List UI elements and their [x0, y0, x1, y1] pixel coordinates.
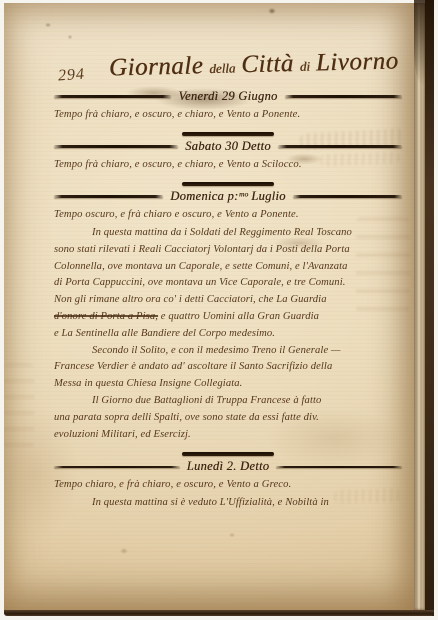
- heading-rule-left: [54, 195, 163, 198]
- manuscript-line: d'onore di Porta a Pisa, e quattro Uomin…: [54, 309, 402, 326]
- line-text: una parata sopra delli Spalti, ove sono …: [54, 412, 319, 423]
- line-text: Il Giorno due Battaglioni di Truppa Fran…: [92, 395, 321, 406]
- manuscript-photo: 294 GiornaledellaCittàdiLivorno Venerdì …: [0, 0, 438, 620]
- title-word: Livorno: [316, 47, 399, 76]
- manuscript-line: e La Sentinella alle Bandiere del Corpo …: [54, 326, 402, 343]
- manuscript-line: Messa in questa Chiesa Insigne Collegiat…: [54, 376, 402, 393]
- line-text: e La Sentinella alle Bandiere del Corpo …: [54, 328, 275, 339]
- entry-date-heading: Sabato 30 Detto: [185, 139, 271, 154]
- entry-date-heading: Lunedì 2. Detto: [187, 459, 270, 474]
- book-cover-edge: [425, 0, 434, 616]
- entry-heading-row: Domenica p:ᵐᵒ Luglio: [54, 189, 402, 204]
- title-word: di: [300, 59, 310, 74]
- journal-entry: Venerdì 29 Giugno Tempo frà chiaro, e os…: [54, 89, 402, 123]
- line-text: Non gli rimane altro ora co' i detti Cac…: [54, 294, 327, 305]
- manuscript-line: Francese Verdier è andato ad' ascoltare …: [54, 359, 402, 376]
- weather-line: Tempo frà chiaro, e oscuro, e chiaro, e …: [54, 107, 402, 123]
- weather-line: Tempo oscuro, e frà chiaro e oscuro, e V…: [54, 207, 402, 223]
- entry-date-heading: Venerdì 29 Giugno: [178, 89, 277, 104]
- journal-entry: Domenica p:ᵐᵒ Luglio Tempo oscuro, e frà…: [54, 182, 402, 443]
- weather-line: Tempo chiaro, e frà chiaro, e oscuro, e …: [54, 477, 402, 493]
- section-separator: [182, 132, 274, 136]
- line-text: di Porta Cappuccini, ove montava un Vice…: [54, 277, 346, 288]
- line-text: In questa mattina si è veduto L'Uffizial…: [92, 497, 329, 508]
- entry-body: In questa mattina si è veduto L'Uffizial…: [54, 495, 402, 512]
- manuscript-line: Secondo il Solito, e con il medesimo Tre…: [54, 343, 402, 360]
- manuscript-line: Il Giorno due Battaglioni di Truppa Fran…: [54, 393, 402, 410]
- line-text: Colonnella, ove montava un Caporale, e s…: [54, 261, 348, 272]
- manuscript-line: evoluzioni Militari, ed Esercizj.: [54, 427, 402, 444]
- journal-entry: Sabato 30 Detto Tempo frà chiaro, e oscu…: [54, 132, 402, 173]
- page-number: 294: [53, 64, 107, 86]
- manuscript-line: Non gli rimane altro ora co' i detti Cac…: [54, 292, 402, 309]
- manuscript-page: 294 GiornaledellaCittàdiLivorno Venerdì …: [4, 3, 414, 610]
- line-text: Francese Verdier è andato ad' ascoltare …: [54, 361, 332, 372]
- entry-heading-row: Venerdì 29 Giugno: [54, 89, 402, 104]
- line-text: evoluzioni Militari, ed Esercizj.: [54, 429, 191, 440]
- heading-rule-left: [54, 466, 180, 469]
- section-separator: [182, 182, 274, 186]
- heading-rule-right: [285, 95, 402, 98]
- title-word: Città: [241, 50, 294, 78]
- weather-line: Tempo frà chiaro, e oscuro, e chiaro, e …: [54, 157, 402, 173]
- manuscript-line: In questa mattina si è veduto L'Uffizial…: [54, 495, 402, 512]
- line-text: e quattro Uomini alla Gran Guardia: [158, 311, 319, 322]
- heading-rule-left: [54, 95, 171, 98]
- journal-entries: Venerdì 29 Giugno Tempo frà chiaro, e os…: [54, 89, 402, 512]
- section-separator: [182, 452, 274, 456]
- entry-heading-row: Lunedì 2. Detto: [54, 459, 402, 474]
- line-text: In questa mattina da i Soldati del Reggi…: [92, 227, 352, 238]
- manuscript-line: una parata sopra delli Spalti, ove sono …: [54, 410, 402, 427]
- page-content: 294 GiornaledellaCittàdiLivorno Venerdì …: [4, 3, 414, 610]
- entry-body: In questa mattina da i Soldati del Reggi…: [54, 225, 402, 443]
- entry-heading-row: Sabato 30 Detto: [54, 139, 402, 154]
- manuscript-line: di Porta Cappuccini, ove montava un Vice…: [54, 275, 402, 292]
- title-word: Giornale: [109, 52, 204, 81]
- book-bottom-edge: [4, 610, 434, 616]
- line-text: sono stati rilevati i Reali Cacciatorj V…: [54, 244, 350, 255]
- manuscript-line: In questa mattina da i Soldati del Reggi…: [54, 225, 402, 242]
- title-word: della: [210, 60, 236, 76]
- struck-text: d'onore di Porta a Pisa,: [54, 311, 158, 322]
- heading-rule-right: [276, 466, 402, 469]
- entry-date-heading: Domenica p:ᵐᵒ Luglio: [170, 189, 285, 204]
- page-title: GiornaledellaCittàdiLivorno: [106, 45, 402, 87]
- heading-rule-left: [54, 145, 178, 148]
- line-text: Messa in questa Chiesa Insigne Collegiat…: [54, 378, 242, 389]
- book-fore-edge: [414, 3, 425, 610]
- heading-rule-right: [278, 145, 402, 148]
- line-text: Secondo il Solito, e con il medesimo Tre…: [92, 345, 341, 356]
- manuscript-line: Colonnella, ove montava un Caporale, e s…: [54, 259, 402, 276]
- journal-entry: Lunedì 2. Detto Tempo chiaro, e frà chia…: [54, 452, 402, 512]
- page-header: 294 GiornaledellaCittàdiLivorno: [54, 49, 402, 84]
- manuscript-line: sono stati rilevati i Reali Cacciatorj V…: [54, 242, 402, 259]
- heading-rule-right: [293, 195, 402, 198]
